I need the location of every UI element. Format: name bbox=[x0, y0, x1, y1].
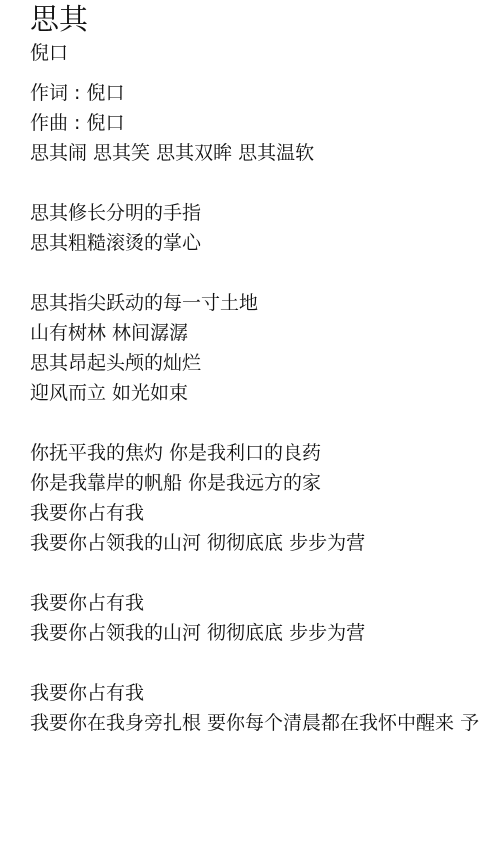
lyric-line bbox=[30, 648, 500, 678]
lyric-line: 思其闹 思其笑 思其双眸 思其温软 bbox=[30, 138, 500, 168]
lyrics-body: 作词 : 倪口 作曲 : 倪口 思其闹 思其笑 思其双眸 思其温软 思其修长分明… bbox=[30, 78, 500, 738]
lyric-line: 你是我靠岸的帆船 你是我远方的家 bbox=[30, 468, 500, 498]
lyric-line: 我要你占有我 bbox=[30, 588, 500, 618]
lyric-line: 我要你在我身旁扎根 要你每个清晨都在我怀中醒来 予 bbox=[30, 708, 500, 738]
lyric-line: 山有树林 林间潺潺 bbox=[30, 318, 500, 348]
lyric-line: 迎风而立 如光如束 bbox=[30, 378, 500, 408]
lyric-line: 我要你占领我的山河 彻彻底底 步步为营 bbox=[30, 618, 500, 648]
song-artist: 倪口 bbox=[30, 39, 68, 67]
lyric-line: 你抚平我的焦灼 你是我利口的良药 bbox=[30, 438, 500, 468]
lyric-line bbox=[30, 168, 500, 198]
lyric-line: 作词 : 倪口 bbox=[30, 78, 500, 108]
lyric-line bbox=[30, 558, 500, 588]
lyric-line: 思其指尖跃动的每一寸土地 bbox=[30, 288, 500, 318]
lyric-line: 思其修长分明的手指 bbox=[30, 198, 500, 228]
lyric-line: 思其粗糙滚烫的掌心 bbox=[30, 228, 500, 258]
lyric-line: 思其昂起头颅的灿烂 bbox=[30, 348, 500, 378]
lyric-line: 我要你占有我 bbox=[30, 498, 500, 528]
lyric-line: 我要你占有我 bbox=[30, 678, 500, 708]
lyric-line bbox=[30, 408, 500, 438]
lyric-line: 作曲 : 倪口 bbox=[30, 108, 500, 138]
song-title: 思其 bbox=[30, 0, 88, 38]
lyric-line bbox=[30, 258, 500, 288]
lyric-line: 我要你占领我的山河 彻彻底底 步步为营 bbox=[30, 528, 500, 558]
